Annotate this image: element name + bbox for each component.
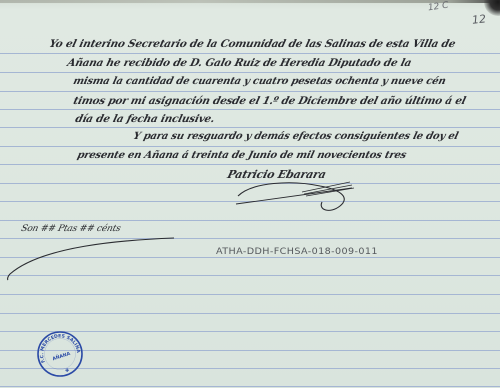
ruled-line <box>0 91 500 92</box>
ruled-line <box>0 109 500 110</box>
ruled-line <box>0 53 500 54</box>
closing-line-1: Y para su resguardo y demás efectos cons… <box>132 131 459 142</box>
corner-pencil-note: 12 C <box>427 1 449 14</box>
ruled-line <box>0 386 500 387</box>
stamp-center-text: AÑANA <box>51 350 71 362</box>
body-line-3: misma la cantidad de cuarenta y cuatro p… <box>72 76 447 87</box>
body-line-1: Yo el interino Secretario de la Comunida… <box>48 38 457 50</box>
page-corner-shadow <box>484 0 500 16</box>
amount-margin-note: Son ## Ptas ## cénts <box>20 224 122 234</box>
ruled-line <box>0 294 500 295</box>
body-line-4: timos por mi asignación desde el 1.º de … <box>72 95 467 107</box>
margin-note-flourish-icon <box>2 236 182 282</box>
document-page: 12 C 12 Yo el interino Secretario de la … <box>0 0 500 388</box>
folio-number: 12 <box>471 12 486 26</box>
closing-line-2: presente en Añana á treinta de Junio de … <box>76 150 407 161</box>
ruled-line <box>0 313 500 314</box>
ruled-line <box>0 220 500 221</box>
archive-reference-code: ATHA-DDH-FCHSA-018-009-011 <box>216 246 378 256</box>
ruled-line <box>0 72 500 73</box>
ruled-line <box>0 146 500 147</box>
ruled-line <box>0 164 500 165</box>
ruled-line <box>0 127 500 128</box>
body-line-2: Añana he recibido de D. Galo Ruiz de Her… <box>66 57 413 69</box>
signature-flourish-icon <box>232 176 362 216</box>
page-top-edge <box>0 0 500 3</box>
body-line-5: día de la fecha inclusive. <box>74 113 216 125</box>
stamp-seal-icon: F.C. MERCEDES SALINAS AÑANA ✚ <box>36 330 84 378</box>
circular-stamp: F.C. MERCEDES SALINAS AÑANA ✚ <box>36 330 84 378</box>
svg-text:✚: ✚ <box>65 368 69 374</box>
